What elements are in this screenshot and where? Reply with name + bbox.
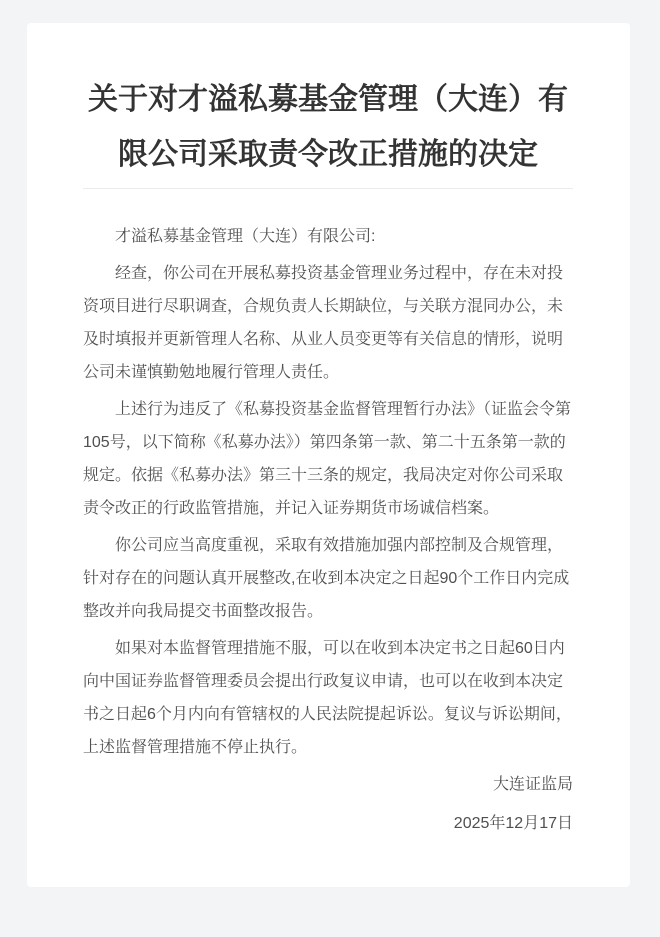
salutation: 才溢私募基金管理（大连）有限公司: <box>83 220 573 253</box>
title-divider <box>83 188 573 189</box>
page-background: { "page": { "background_color": "#f3f4f5… <box>0 23 660 937</box>
paragraph-findings: 经查，你公司在开展私募投资基金管理业务过程中，存在未对投资项目进行尽职调查，合规… <box>83 257 573 389</box>
paragraph-legal-basis: 上述行为违反了《私募投资基金监督管理暂行办法》（证监会令第105号，以下简称《私… <box>83 393 573 525</box>
issue-date: 2025年12月17日 <box>83 807 573 840</box>
document-title: 关于对才溢私募基金管理（大连）有限公司采取责令改正措施的决定 <box>83 72 573 182</box>
paragraph-rectification-requirement: 你公司应当高度重视，采取有效措施加强内部控制及合规管理，针对存在的问题认真开展整… <box>83 529 573 628</box>
paragraph-appeal-rights: 如果对本监督管理措施不服，可以在收到本决定书之日起60日内向中国证券监督管理委员… <box>83 632 573 764</box>
document-card: 关于对才溢私募基金管理（大连）有限公司采取责令改正措施的决定 才溢私募基金管理（… <box>27 23 630 887</box>
issuer-signature: 大连证监局 <box>83 768 573 801</box>
document-body: 才溢私募基金管理（大连）有限公司: 经查，你公司在开展私募投资基金管理业务过程中… <box>83 220 573 840</box>
